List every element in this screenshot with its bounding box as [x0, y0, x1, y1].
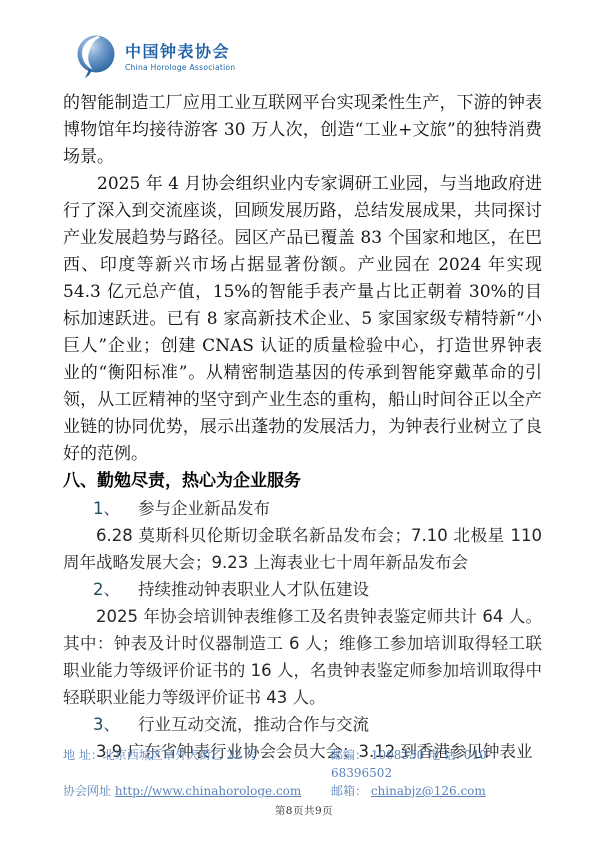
- logo-title: 中国钟表协会: [125, 42, 235, 62]
- list-item-text-1: 6.28 莫斯科贝伦斯切金联名新品发布会；7.10 北极星 110 周年战略发展…: [63, 522, 542, 576]
- footer-website: 协会网址 http://www.chinahorologe.com: [63, 782, 331, 800]
- globe-swirl-logo-icon: [75, 34, 117, 80]
- footer-address: 地 址：北京西城区阜外大街乙 22 号: [63, 746, 331, 782]
- item-number: 1、: [93, 495, 120, 522]
- footer-email: 邮箱： chinabjz@126.com: [331, 782, 486, 800]
- email-link[interactable]: chinabjz@126.com: [371, 784, 486, 798]
- footer-row-1: 地 址：北京西城区阜外大街乙 22 号 邮编： 1008330 电 话: 010…: [63, 746, 545, 782]
- document-page: 中国钟表协会 China Horologe Association 的智能制造工…: [0, 0, 600, 848]
- section-heading: 八、勤勉尽责，热心为企业服务: [63, 468, 542, 495]
- document-body: 的智能制造工厂应用工业互联网平台实现柔性生产，下游的钟表博物馆年均接待游客 30…: [63, 90, 542, 765]
- page-number: 第8页共9页: [63, 802, 545, 820]
- item-number: 2、: [93, 576, 120, 603]
- page-footer: 地 址：北京西城区阜外大街乙 22 号 邮编： 1008330 电 话: 010…: [63, 746, 545, 820]
- item-label: 参与企业新品发布: [138, 495, 270, 522]
- footer-postal-phone: 邮编： 1008330 电 话: 010-68396502: [331, 746, 545, 782]
- list-item-text-2: 2025 年协会培训钟表维修工及名贵钟表鉴定师共计 64 人。其中：钟表及计时仪…: [63, 603, 542, 711]
- list-item-heading-2: 2、 持续推动钟表职业人才队伍建设: [63, 576, 542, 603]
- logo-text: 中国钟表协会 China Horologe Association: [125, 42, 235, 73]
- website-link[interactable]: http://www.chinahorologe.com: [115, 784, 301, 798]
- logo-subtitle: China Horologe Association: [125, 63, 235, 73]
- item-number: 3、: [93, 711, 120, 738]
- footer-email-label: 邮箱：: [331, 784, 371, 798]
- paragraph-survey: 2025 年 4 月协会组织业内专家调研工业园，与当地政府进行了深入到交流座谈，…: [63, 171, 542, 468]
- list-item-heading-1: 1、 参与企业新品发布: [63, 495, 542, 522]
- footer-website-label: 协会网址: [63, 784, 115, 798]
- item-label: 行业互动交流，推动合作与交流: [138, 711, 369, 738]
- paragraph-continuation: 的智能制造工厂应用工业互联网平台实现柔性生产，下游的钟表博物馆年均接待游客 30…: [63, 90, 542, 171]
- footer-row-2: 协会网址 http://www.chinahorologe.com 邮箱： ch…: [63, 782, 545, 800]
- header: 中国钟表协会 China Horologe Association: [75, 34, 235, 80]
- list-item-heading-3: 3、 行业互动交流，推动合作与交流: [63, 711, 542, 738]
- item-label: 持续推动钟表职业人才队伍建设: [138, 576, 369, 603]
- association-logo: 中国钟表协会 China Horologe Association: [75, 34, 235, 80]
